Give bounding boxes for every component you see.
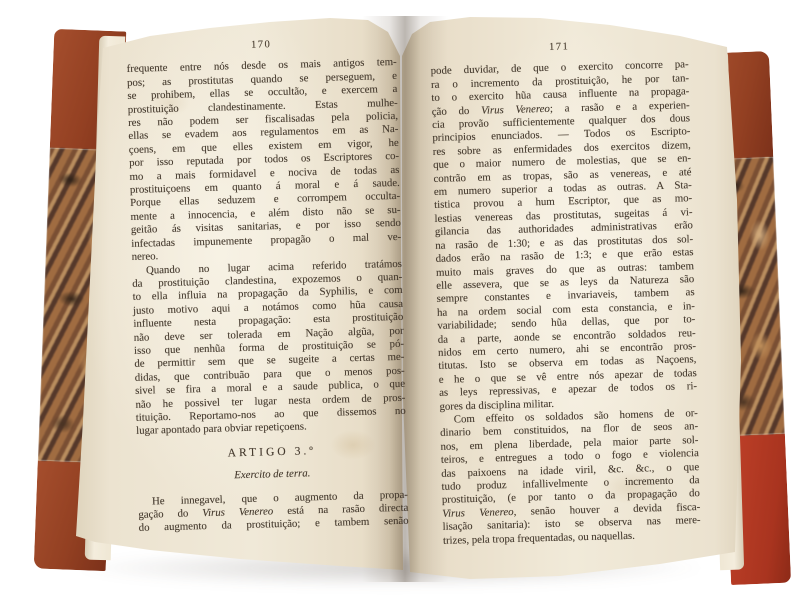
- book-photo: 170 frequente entre nós desde os mais an…: [0, 0, 800, 610]
- page-171-text: 171 pode duvidar, de que o exercito conc…: [430, 37, 701, 548]
- text-line: Exercito de terra.: [137, 465, 407, 485]
- page-170-body: frequente entre nós desde os mais antigo…: [127, 56, 409, 535]
- page-171-body: pode duvidar, de que o exercito concorre…: [431, 59, 702, 548]
- page-170-text: 170 frequente entre nós desde os mais an…: [126, 35, 409, 536]
- text-line: ARTIGO 3.º: [137, 442, 407, 462]
